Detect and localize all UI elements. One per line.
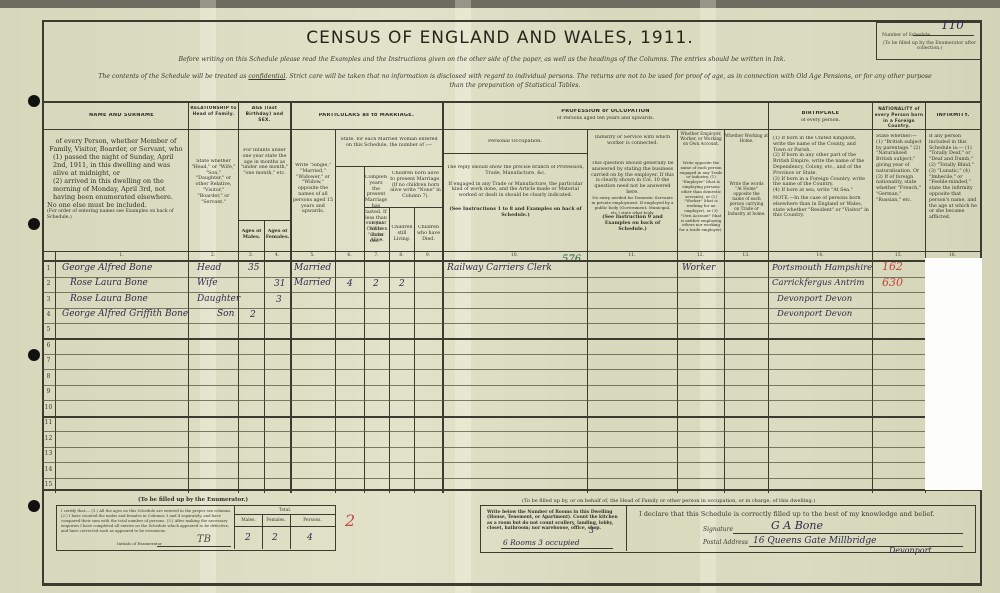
row-number: 11 <box>42 419 55 426</box>
totals-header: Total. <box>235 508 335 513</box>
children-living[interactable]: 2 <box>399 279 405 289</box>
header-occupation-sub: of Persons aged ten years and upwards. <box>443 116 768 122</box>
punch-hole-icon <box>28 218 40 230</box>
column-number: 14. <box>768 253 872 260</box>
females-label: Females. <box>262 518 290 523</box>
header-personal-desc: The reply should show the precise branch… <box>446 165 585 219</box>
col-divider <box>414 207 415 493</box>
header-employer: Whether Employer, Worker, or Working on … <box>678 131 724 146</box>
person-birthplace[interactable]: Devonport Devon <box>777 309 852 319</box>
header-relationship-desc: State whether "Head," or "Wife," "Son," … <box>191 159 236 205</box>
header-nationality: NATIONALITY of every Person born in a Fo… <box>873 106 925 129</box>
person-birthplace[interactable]: Devonport Devon <box>777 294 852 304</box>
row-divider <box>42 416 980 418</box>
row-divider <box>42 431 980 432</box>
column-number: 6. <box>335 253 364 260</box>
row-number: 13 <box>42 450 55 457</box>
row-number: 8 <box>42 373 55 380</box>
header-text: of every Person, whether Member of Famil… <box>47 137 185 153</box>
schedule-number-box: Number of Schedule 110 (To be filled up … <box>876 22 982 60</box>
header-text: (See Instructions 1 to 8 and Examples on… <box>446 207 585 219</box>
column-number: 5. <box>290 253 335 260</box>
person-birthplace[interactable]: Carrickfergus Antrim <box>772 278 864 288</box>
col-divider <box>290 103 292 493</box>
row-divider <box>42 292 980 293</box>
column-number: 1. <box>55 253 188 260</box>
col-divider <box>188 103 189 493</box>
header-text: (2) If born in any other part of the Bri… <box>773 153 869 176</box>
row-number: 3 <box>42 296 55 303</box>
header-text: This question should generally be answer… <box>590 161 675 196</box>
column-number: 15. <box>872 253 925 260</box>
total-males[interactable]: 2 <box>245 533 251 543</box>
header-birthplace: BIRTHPLACE <box>769 111 872 117</box>
persons-label: Persons. <box>290 518 335 523</box>
header-at-home-desc: Write the words "At Home" opposite the n… <box>727 181 766 216</box>
signature-value[interactable]: G A Bone <box>771 519 823 532</box>
declaration-text: I declare that this Schedule is correctl… <box>639 510 935 518</box>
birthplace-code: 630 <box>882 276 903 289</box>
header-text: (See Instruction 9 and Examples on back … <box>590 215 675 232</box>
enumerator-initials[interactable]: TB <box>197 534 211 545</box>
rooms-line <box>501 548 613 549</box>
schedule-number-note: (To be filled up by the Enumerator after… <box>882 41 977 52</box>
person-age-female[interactable]: 31 <box>274 279 285 289</box>
rooms-mark: 3 <box>589 526 594 535</box>
header-infirmity-desc: If any person included in this Schedule … <box>929 134 978 221</box>
row-number: 6 <box>42 342 55 349</box>
header-occupation: PROFESSION or OCCUPATION <box>443 109 768 115</box>
header-text: (4) If born at sea, write "At Sea." <box>773 188 869 194</box>
header-infirmity: INFIRMITY. <box>926 113 980 119</box>
header-age-males: Ages of Males. <box>239 229 264 241</box>
row-divider <box>42 400 980 401</box>
person-name[interactable]: George Alfred Griffith Bone <box>62 309 188 319</box>
header-divider <box>335 166 442 167</box>
column-number: 3. <box>238 253 264 260</box>
header-divider <box>442 153 587 154</box>
row-divider <box>42 447 980 448</box>
total-females[interactable]: 2 <box>272 533 278 543</box>
row-number: 4 <box>42 311 55 318</box>
punch-hole-icon <box>28 95 40 107</box>
header-age-females: Ages of Females. <box>265 229 290 241</box>
col-divider <box>264 220 265 493</box>
head-section-label: (To be filled up by, or on behalf of, th… <box>522 498 815 504</box>
totals-divider <box>235 526 335 527</box>
person-employment-status[interactable]: Worker <box>682 263 715 273</box>
person-relationship[interactable]: Wife <box>197 278 218 288</box>
header-text: (1) If born in the United Kingdom, write… <box>773 136 869 153</box>
person-relationship[interactable]: Head <box>197 263 221 273</box>
person-birthplace[interactable]: Portsmouth Hampshire <box>772 263 872 273</box>
punch-hole-icon <box>28 500 40 512</box>
total-persons[interactable]: 4 <box>307 533 313 543</box>
row-divider <box>42 478 980 479</box>
header-marriage: PARTICULARS as to MARRIAGE. <box>291 113 442 119</box>
row-number: 7 <box>42 357 55 364</box>
column-number: 9. <box>414 253 442 260</box>
header-personal-occupation: Personal Occupation. <box>443 139 587 145</box>
row-number: 2 <box>42 280 55 287</box>
col-divider <box>389 207 390 493</box>
census-schedule-page: CENSUS OF ENGLAND AND WALES, 1911. Befor… <box>0 0 1000 593</box>
males-label: Males. <box>235 518 262 523</box>
person-name[interactable]: Rose Laura Bone <box>70 278 148 288</box>
header-birthplace-sub: of every person. <box>769 118 872 124</box>
header-living: Children still Living. <box>390 225 414 242</box>
row-number: 15 <box>42 481 55 488</box>
header-marriage-status: Write "Single," "Married," "Widower," or… <box>292 163 334 215</box>
confidentiality-notice: The contents of the Schedule will be tre… <box>50 72 980 90</box>
header-name-desc: of every Person, whether Member of Famil… <box>47 137 185 220</box>
signature-label: Signature <box>703 526 733 533</box>
schedule-number-line <box>913 35 974 36</box>
person-age-female[interactable]: 3 <box>276 295 282 305</box>
header-divider <box>42 260 980 262</box>
header-text: (For order of entering names see Example… <box>47 209 185 220</box>
schedule-number-value[interactable]: 110 <box>941 23 964 29</box>
confidential-text: The contents of the Schedule will be tre… <box>98 73 248 80</box>
person-relationship[interactable]: Son <box>217 309 234 319</box>
col-divider <box>442 103 444 493</box>
header-age: AGE (last Birthday) and SEX. <box>239 106 290 123</box>
enumerator-section-label: (To be filled up by the Enumerator.) <box>138 497 248 503</box>
row-divider <box>42 385 980 386</box>
person-relationship[interactable]: Daughter <box>197 294 240 304</box>
person-marital-status[interactable]: Married <box>294 263 331 273</box>
header-relationship: RELATIONSHIP to Head of Family. <box>189 106 238 118</box>
row-divider <box>42 323 980 324</box>
person-age-male[interactable]: 2 <box>250 310 256 320</box>
person-name[interactable]: Rose Laura Bone <box>70 294 148 304</box>
col-divider <box>587 129 588 493</box>
red-check-mark: 2 <box>345 511 355 530</box>
row-number: 9 <box>42 388 55 395</box>
col-divider <box>55 251 56 493</box>
totals-divider <box>235 514 335 515</box>
row-divider <box>42 369 980 370</box>
column-number: 12. <box>677 253 724 260</box>
row-divider <box>42 462 980 463</box>
person-name[interactable]: George Alfred Bone <box>62 263 152 273</box>
person-age-male[interactable]: 35 <box>248 263 259 273</box>
initials-label: Initials of Enumerator <box>117 541 162 546</box>
children-born-alive[interactable]: 2 <box>373 279 379 289</box>
page-top-edge <box>0 0 1000 8</box>
header-divider <box>42 129 980 130</box>
header-text: NOTE.—In the case of persons born elsewh… <box>773 196 869 219</box>
redacted-area <box>925 258 982 490</box>
postal-address-line-1[interactable]: 16 Queens Gate Millbridge <box>753 536 876 546</box>
column-number: 11. <box>587 253 677 260</box>
dwelling-box: Write below the Number of Rooms in this … <box>480 505 976 553</box>
postal-address-line-2[interactable]: Devonport <box>889 546 932 555</box>
household-table: NAME AND SURNAME of every Person, whethe… <box>42 101 980 491</box>
page-title: CENSUS OF ENGLAND AND WALES, 1911. <box>0 28 1000 48</box>
col-divider <box>872 103 873 493</box>
header-text: No entry needed for Domestic Servants in… <box>590 196 675 216</box>
birthplace-code: 162 <box>882 260 903 273</box>
column-number: 8. <box>389 253 414 260</box>
column-number: 7. <box>364 253 389 260</box>
years-married[interactable]: 4 <box>347 279 353 289</box>
header-married-women: State, for each Married Woman entered on… <box>337 137 441 149</box>
punch-hole-icon <box>28 349 40 361</box>
header-name: NAME AND SURNAME <box>55 113 188 119</box>
row-divider <box>42 338 980 340</box>
row-number: 14 <box>42 466 55 473</box>
row-number: 12 <box>42 435 55 442</box>
column-number: 2. <box>188 253 238 260</box>
rooms-value[interactable]: 6 Rooms 3 occupied <box>503 538 580 547</box>
col-divider <box>335 129 336 493</box>
header-children: Children born alive to present Marriage.… <box>390 171 441 200</box>
header-text: (1) passed the night of Sunday, April 2n… <box>47 153 185 177</box>
header-text: No one else must be included. <box>47 201 185 209</box>
postal-address-label: Postal Address <box>703 539 748 546</box>
header-total-born: Total Children Born Alive. <box>365 221 389 244</box>
header-text: (2) arrived in this dwelling on the morn… <box>47 177 185 201</box>
header-nationality-desc: State whether:— (1) "British subject by … <box>876 134 923 204</box>
instruction-line: Before writing on this Schedule please r… <box>42 56 922 63</box>
person-marital-status[interactable]: Married <box>294 278 331 288</box>
column-number: 4. <box>264 253 290 260</box>
row-number: 5 <box>42 326 55 333</box>
confidential-word: confidential <box>248 73 285 80</box>
column-number: 13. <box>724 253 768 260</box>
header-industry: Industry or Service with which worker is… <box>588 135 677 147</box>
header-employer-desc: Write opposite the name of each person e… <box>679 161 723 233</box>
header-age-desc: For Infants under one year state the age… <box>240 148 289 177</box>
confidential-text: . Strict care will be taken that no info… <box>285 73 931 80</box>
col-divider <box>677 129 678 493</box>
person-occupation[interactable]: Railway Carriers Clerk <box>447 263 552 273</box>
col-divider <box>724 129 725 493</box>
enumerator-certification: I certify that:— (1.) All the ages on th… <box>61 509 237 534</box>
header-died: Children who have Died. <box>415 225 442 242</box>
row-number: 10 <box>42 404 55 411</box>
initials-line <box>157 546 231 547</box>
header-industry-desc: This question should generally be answer… <box>590 161 675 233</box>
occupation-code: 576 <box>562 254 581 265</box>
header-text: (3) If born in a Foreign Country, write … <box>773 177 869 189</box>
header-text: The reply should show the precise branch… <box>446 165 585 177</box>
col-divider <box>768 103 769 493</box>
row-divider <box>42 354 980 355</box>
row-number: 1 <box>42 265 55 272</box>
totals-box: Total. Males. Females. Persons. 2 2 4 <box>234 506 335 549</box>
signature-line <box>733 533 963 534</box>
header-text: If engaged in any Trade or Manufacture, … <box>446 182 585 199</box>
confidential-text: than the preparation of Statistical Tabl… <box>450 82 581 89</box>
header-birthplace-desc: (1) If born in the United Kingdom, write… <box>773 136 869 219</box>
enumerator-box: I certify that:— (1.) All the ages on th… <box>56 505 336 551</box>
header-divider <box>42 251 980 252</box>
header-at-home: Whether Working at Home. <box>725 133 768 143</box>
